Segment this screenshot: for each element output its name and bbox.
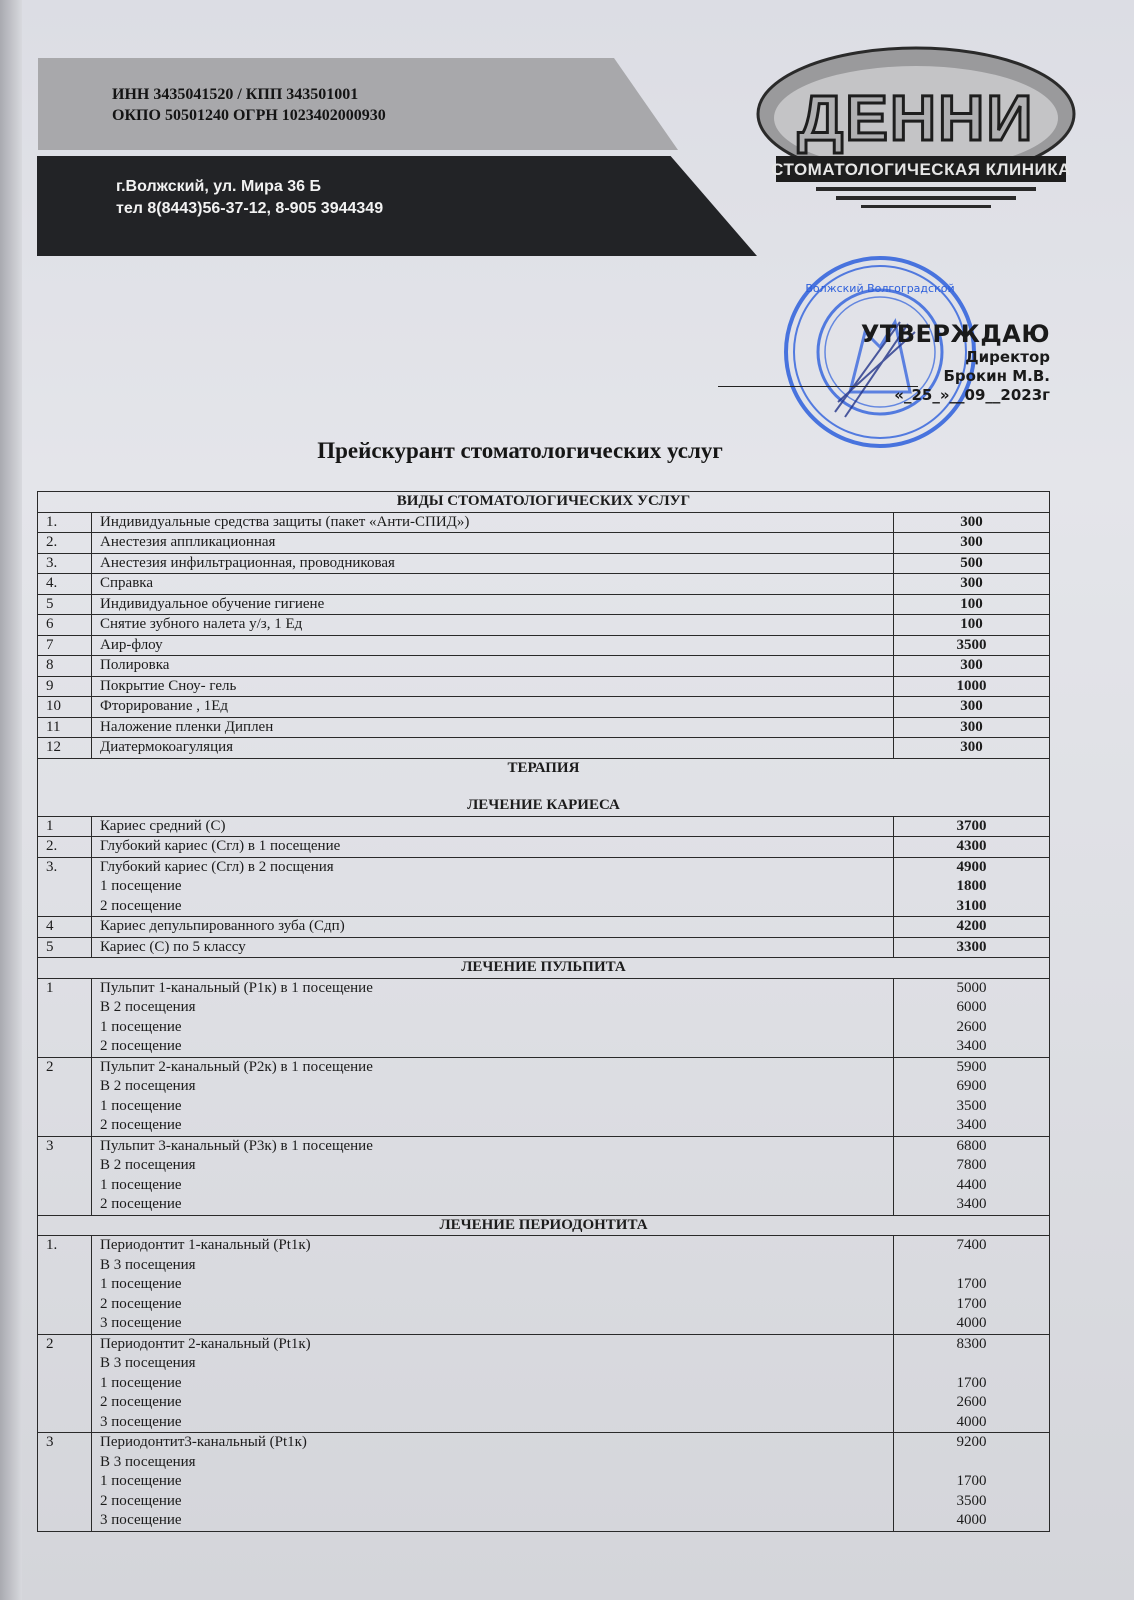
service-description: Снятие зубного налета у/з, 1 Ед bbox=[92, 615, 894, 636]
service-subitem: 1 посещение bbox=[100, 1018, 893, 1038]
price-cell: 7400170017004000 bbox=[894, 1236, 1050, 1335]
table-row: 11Наложение пленки Диплен300 bbox=[38, 717, 1050, 738]
table-row: 12Диатермокоагуляция300 bbox=[38, 738, 1050, 759]
price-table-body: ВИДЫ СТОМАТОЛОГИЧЕСКИХ УСЛУГ1.Индивидуал… bbox=[38, 492, 1050, 1532]
approval-date: «_25_»__09__2023г bbox=[861, 386, 1050, 405]
price-cell: 300 bbox=[894, 697, 1050, 718]
service-subitem: В 2 посещения bbox=[100, 1077, 893, 1097]
price-value: 8300 bbox=[894, 1335, 1049, 1355]
price-value bbox=[894, 1453, 1049, 1473]
price-value: 3500 bbox=[894, 1097, 1049, 1117]
table-row: 5Индивидуальное обучение гигиене100 bbox=[38, 594, 1050, 615]
service-subitem: В 2 посещения bbox=[100, 1156, 893, 1176]
price-value: 2600 bbox=[894, 1393, 1049, 1413]
table-row: 9Покрытие Сноу- гель1000 bbox=[38, 676, 1050, 697]
price-cell: 3300 bbox=[894, 937, 1050, 958]
price-value: 7800 bbox=[894, 1156, 1049, 1176]
service-name: Глубокий кариес (Сгл) в 1 посещение bbox=[100, 837, 893, 857]
service-subitem: 1 посещение bbox=[100, 1097, 893, 1117]
price-list-table: ВИДЫ СТОМАТОЛОГИЧЕСКИХ УСЛУГ1.Индивидуал… bbox=[37, 491, 1050, 1532]
price-cell: 3700 bbox=[894, 816, 1050, 837]
service-name: Периодонтит 1-канальный (Pt1к) bbox=[100, 1236, 893, 1256]
price-value bbox=[894, 1354, 1049, 1374]
service-description: Пульпит 2-канальный (Р2к) в 1 посещениеВ… bbox=[92, 1057, 894, 1136]
service-description: Фторирование , 1Ед bbox=[92, 697, 894, 718]
table-row: 3.Глубокий кариес (Сгл) в 2 посщения1 по… bbox=[38, 857, 1050, 917]
price-value: 3400 bbox=[894, 1037, 1049, 1057]
service-name: Кариес депульпированного зуба (Сдп) bbox=[100, 917, 893, 937]
service-name: Диатермокоагуляция bbox=[100, 738, 893, 758]
service-subitem: 2 посещение bbox=[100, 1116, 893, 1136]
section-header: ЛЕЧЕНИЕ ПЕРИОДОНТИТА bbox=[38, 1215, 1050, 1236]
price-cell: 6800780044003400 bbox=[894, 1136, 1050, 1215]
approval-person: Брокин М.В. bbox=[861, 367, 1050, 386]
price-value: 1700 bbox=[894, 1374, 1049, 1394]
requisites-line-2: ОКПО 50501240 ОГРН 1023402000930 bbox=[112, 105, 386, 126]
price-value: 3100 bbox=[894, 897, 1049, 917]
price-value: 500 bbox=[894, 554, 1049, 574]
service-description: Кариес средний (С) bbox=[92, 816, 894, 837]
section-header-row: ЛЕЧЕНИЕ ПУЛЬПИТА bbox=[38, 958, 1050, 979]
service-subitem: В 2 посещения bbox=[100, 998, 893, 1018]
table-row: 1Кариес средний (С)3700 bbox=[38, 816, 1050, 837]
table-row: 8Полировка300 bbox=[38, 656, 1050, 677]
price-value: 1700 bbox=[894, 1275, 1049, 1295]
service-description: Пульпит 3-канальный (Р3к) в 1 посещениеВ… bbox=[92, 1136, 894, 1215]
price-cell: 300 bbox=[894, 574, 1050, 595]
service-description: Кариес (С) по 5 классу bbox=[92, 937, 894, 958]
price-value: 300 bbox=[894, 697, 1049, 717]
row-number: 3 bbox=[38, 1136, 92, 1215]
service-description: Периодонтит 2-канальный (Pt1к)В 3 посеще… bbox=[92, 1334, 894, 1433]
page-edge-shadow bbox=[0, 0, 22, 1600]
price-value: 3500 bbox=[894, 1492, 1049, 1512]
service-subitem: 2 посещение bbox=[100, 1295, 893, 1315]
price-value: 5000 bbox=[894, 979, 1049, 999]
approval-title: УТВЕРЖДАЮ bbox=[861, 320, 1050, 348]
service-subitem: 1 посещение bbox=[100, 1472, 893, 1492]
table-row: 3Периодонтит3-канальный (Pt1к)В 3 посеще… bbox=[38, 1433, 1050, 1532]
table-row: 2.Анестезия аппликационная300 bbox=[38, 533, 1050, 554]
section-header-row: ЛЕЧЕНИЕ ПЕРИОДОНТИТА bbox=[38, 1215, 1050, 1236]
section-header-row: ВИДЫ СТОМАТОЛОГИЧЕСКИХ УСЛУГ bbox=[38, 492, 1050, 513]
price-cell: 100 bbox=[894, 594, 1050, 615]
price-value: 3500 bbox=[894, 636, 1049, 656]
approval-block: УТВЕРЖДАЮ Директор Брокин М.В. «_25_»__0… bbox=[861, 320, 1050, 405]
service-name: Анестезия аппликационная bbox=[100, 533, 893, 553]
price-cell: 500 bbox=[894, 553, 1050, 574]
price-value: 4000 bbox=[894, 1314, 1049, 1334]
service-description: Анестезия аппликационная bbox=[92, 533, 894, 554]
price-cell: 5000600026003400 bbox=[894, 978, 1050, 1057]
requisites-line-1: ИНН 3435041520 / КПП 343501001 bbox=[112, 84, 386, 105]
service-description: Глубокий кариес (Сгл) в 2 посщения1 посе… bbox=[92, 857, 894, 917]
service-subitem: 1 посещение bbox=[100, 1374, 893, 1394]
price-value: 2600 bbox=[894, 1018, 1049, 1038]
service-subitem: 3 посещение bbox=[100, 1413, 893, 1433]
approval-position: Директор bbox=[861, 348, 1050, 367]
row-number: 1 bbox=[38, 978, 92, 1057]
service-name: Анестезия инфильтрационная, проводникова… bbox=[100, 554, 893, 574]
price-value: 300 bbox=[894, 718, 1049, 738]
price-value: 4200 bbox=[894, 917, 1049, 937]
price-value bbox=[894, 1256, 1049, 1276]
row-number: 9 bbox=[38, 676, 92, 697]
service-name: Пульпит 2-канальный (Р2к) в 1 посещение bbox=[100, 1058, 893, 1078]
price-cell: 9200170035004000 bbox=[894, 1433, 1050, 1532]
price-value: 5900 bbox=[894, 1058, 1049, 1078]
price-value: 3300 bbox=[894, 938, 1049, 958]
price-value: 300 bbox=[894, 574, 1049, 594]
price-value: 300 bbox=[894, 513, 1049, 533]
price-value: 300 bbox=[894, 533, 1049, 553]
section-title: ЛЕЧЕНИЕ ПУЛЬПИТА bbox=[38, 958, 1049, 978]
price-value: 100 bbox=[894, 595, 1049, 615]
price-value: 1700 bbox=[894, 1472, 1049, 1492]
company-requisites: ИНН 3435041520 / КПП 343501001 ОКПО 5050… bbox=[112, 84, 386, 126]
row-number: 7 bbox=[38, 635, 92, 656]
price-value: 7400 bbox=[894, 1236, 1049, 1256]
price-value: 3400 bbox=[894, 1116, 1049, 1136]
service-description: Аир-флоу bbox=[92, 635, 894, 656]
price-value: 3400 bbox=[894, 1195, 1049, 1215]
row-number: 5 bbox=[38, 594, 92, 615]
spacer bbox=[38, 778, 1049, 796]
service-name: Аир-флоу bbox=[100, 636, 893, 656]
service-name: Справка bbox=[100, 574, 893, 594]
table-row: 4Кариес депульпированного зуба (Сдп)4200 bbox=[38, 917, 1050, 938]
row-number: 4. bbox=[38, 574, 92, 595]
table-row: 1.Индивидуальные средства защиты (пакет … bbox=[38, 512, 1050, 533]
price-value: 3700 bbox=[894, 817, 1049, 837]
section-title: ЛЕЧЕНИЕ ПЕРИОДОНТИТА bbox=[38, 1216, 1049, 1236]
service-description: Глубокий кариес (Сгл) в 1 посещение bbox=[92, 837, 894, 858]
row-number: 10 bbox=[38, 697, 92, 718]
row-number: 4 bbox=[38, 917, 92, 938]
row-number: 6 bbox=[38, 615, 92, 636]
price-value: 4000 bbox=[894, 1413, 1049, 1433]
table-row: 2Пульпит 2-канальный (Р2к) в 1 посещение… bbox=[38, 1057, 1050, 1136]
price-value: 100 bbox=[894, 615, 1049, 635]
table-row: 7Аир-флоу3500 bbox=[38, 635, 1050, 656]
price-cell: 300 bbox=[894, 717, 1050, 738]
service-subitem: 1 посещение bbox=[100, 877, 893, 897]
price-value: 6000 bbox=[894, 998, 1049, 1018]
service-name: Периодонтит 2-канальный (Pt1к) bbox=[100, 1335, 893, 1355]
service-subitem: 2 посещение bbox=[100, 1037, 893, 1057]
service-description: Диатермокоагуляция bbox=[92, 738, 894, 759]
service-name: Фторирование , 1Ед bbox=[100, 697, 893, 717]
section-header-row: ТЕРАПИЯЛЕЧЕНИЕ КАРИЕСА bbox=[38, 758, 1050, 816]
service-subitem: 2 посещение bbox=[100, 897, 893, 917]
row-number: 2 bbox=[38, 1334, 92, 1433]
service-name: Снятие зубного налета у/з, 1 Ед bbox=[100, 615, 893, 635]
service-name: Глубокий кариес (Сгл) в 2 посщения bbox=[100, 858, 893, 878]
service-subitem: 3 посещение bbox=[100, 1314, 893, 1334]
price-value: 300 bbox=[894, 738, 1049, 758]
service-subitem: 1 посещение bbox=[100, 1176, 893, 1196]
section-subtitle: ЛЕЧЕНИЕ КАРИЕСА bbox=[38, 796, 1049, 816]
price-value: 1000 bbox=[894, 677, 1049, 697]
service-description: Периодонтит3-канальный (Pt1к)В 3 посещен… bbox=[92, 1433, 894, 1532]
service-description: Анестезия инфильтрационная, проводникова… bbox=[92, 553, 894, 574]
section-header: ЛЕЧЕНИЕ ПУЛЬПИТА bbox=[38, 958, 1050, 979]
row-number: 8 bbox=[38, 656, 92, 677]
service-name: Пульпит 3-канальный (Р3к) в 1 посещение bbox=[100, 1137, 893, 1157]
service-subitem: 3 посещение bbox=[100, 1511, 893, 1531]
service-name: Полировка bbox=[100, 656, 893, 676]
service-subitem: 1 посещение bbox=[100, 1275, 893, 1295]
service-description: Пульпит 1-канальный (Р1к) в 1 посещениеВ… bbox=[92, 978, 894, 1057]
table-row: 10Фторирование , 1Ед300 bbox=[38, 697, 1050, 718]
price-cell: 100 bbox=[894, 615, 1050, 636]
service-subitem: 2 посещение bbox=[100, 1492, 893, 1512]
row-number: 1. bbox=[38, 1236, 92, 1335]
price-value: 4400 bbox=[894, 1176, 1049, 1196]
logo-subtitle: СТОМАТОЛОГИЧЕСКАЯ КЛИНИКА bbox=[771, 160, 1071, 179]
service-subitem: В 3 посещения bbox=[100, 1256, 893, 1276]
price-cell: 300 bbox=[894, 656, 1050, 677]
service-name: Наложение пленки Диплен bbox=[100, 718, 893, 738]
price-value: 6800 bbox=[894, 1137, 1049, 1157]
price-cell: 300 bbox=[894, 533, 1050, 554]
price-value: 1800 bbox=[894, 877, 1049, 897]
table-row: 2.Глубокий кариес (Сгл) в 1 посещение430… bbox=[38, 837, 1050, 858]
price-cell: 8300170026004000 bbox=[894, 1334, 1050, 1433]
service-subitem: 2 посещение bbox=[100, 1393, 893, 1413]
service-description: Полировка bbox=[92, 656, 894, 677]
service-name: Периодонтит3-канальный (Pt1к) bbox=[100, 1433, 893, 1453]
table-row: 5Кариес (С) по 5 классу3300 bbox=[38, 937, 1050, 958]
logo-wordmark: ДЕННИ bbox=[798, 82, 1035, 154]
table-row: 2Периодонтит 2-канальный (Pt1к)В 3 посещ… bbox=[38, 1334, 1050, 1433]
row-number: 3 bbox=[38, 1433, 92, 1532]
price-value: 9200 bbox=[894, 1433, 1049, 1453]
company-address: г.Волжский, ул. Мира 36 Б тел 8(8443)56-… bbox=[116, 176, 383, 220]
table-row: 4.Справка300 bbox=[38, 574, 1050, 595]
service-subitem: В 3 посещения bbox=[100, 1354, 893, 1374]
section-title: ВИДЫ СТОМАТОЛОГИЧЕСКИХ УСЛУГ bbox=[38, 492, 1049, 512]
price-cell: 300 bbox=[894, 738, 1050, 759]
price-cell: 4200 bbox=[894, 917, 1050, 938]
price-value: 300 bbox=[894, 656, 1049, 676]
service-subitem: 2 посещение bbox=[100, 1195, 893, 1215]
service-name: Индивидуальные средства защиты (пакет «А… bbox=[100, 513, 893, 533]
price-cell: 5900690035003400 bbox=[894, 1057, 1050, 1136]
service-description: Индивидуальные средства защиты (пакет «А… bbox=[92, 512, 894, 533]
service-description: Наложение пленки Диплен bbox=[92, 717, 894, 738]
service-description: Индивидуальное обучение гигиене bbox=[92, 594, 894, 615]
phone-line: тел 8(8443)56-37-12, 8-905 3944349 bbox=[116, 198, 383, 220]
service-name: Кариес (С) по 5 классу bbox=[100, 938, 893, 958]
row-number: 5 bbox=[38, 937, 92, 958]
row-number: 11 bbox=[38, 717, 92, 738]
table-row: 1Пульпит 1-канальный (Р1к) в 1 посещение… bbox=[38, 978, 1050, 1057]
row-number: 2. bbox=[38, 837, 92, 858]
row-number: 3. bbox=[38, 857, 92, 917]
service-description: Справка bbox=[92, 574, 894, 595]
section-title: ТЕРАПИЯ bbox=[38, 759, 1049, 779]
page-title: Прейскурант стоматологических услуг bbox=[0, 438, 1040, 464]
clinic-logo: ДЕННИ СТОМАТОЛОГИЧЕСКАЯ КЛИНИКА bbox=[756, 44, 1086, 214]
price-cell: 1000 bbox=[894, 676, 1050, 697]
service-subitem: В 3 посещения bbox=[100, 1453, 893, 1473]
service-name: Покрытие Сноу- гель bbox=[100, 677, 893, 697]
price-cell: 4300 bbox=[894, 837, 1050, 858]
service-name: Индивидуальное обучение гигиене bbox=[100, 595, 893, 615]
price-value: 1700 bbox=[894, 1295, 1049, 1315]
section-header: ВИДЫ СТОМАТОЛОГИЧЕСКИХ УСЛУГ bbox=[38, 492, 1050, 513]
service-name: Кариес средний (С) bbox=[100, 817, 893, 837]
price-value: 4900 bbox=[894, 858, 1049, 878]
price-cell: 3500 bbox=[894, 635, 1050, 656]
price-cell: 300 bbox=[894, 512, 1050, 533]
row-number: 12 bbox=[38, 738, 92, 759]
price-value: 6900 bbox=[894, 1077, 1049, 1097]
row-number: 1. bbox=[38, 512, 92, 533]
service-description: Кариес депульпированного зуба (Сдп) bbox=[92, 917, 894, 938]
service-description: Периодонтит 1-канальный (Pt1к)В 3 посеще… bbox=[92, 1236, 894, 1335]
table-row: 1.Периодонтит 1-канальный (Pt1к)В 3 посе… bbox=[38, 1236, 1050, 1335]
table-row: 6Снятие зубного налета у/з, 1 Ед100 bbox=[38, 615, 1050, 636]
table-row: 3Пульпит 3-канальный (Р3к) в 1 посещение… bbox=[38, 1136, 1050, 1215]
service-description: Покрытие Сноу- гель bbox=[92, 676, 894, 697]
row-number: 2. bbox=[38, 533, 92, 554]
price-value: 4300 bbox=[894, 837, 1049, 857]
stamp-text: Волжский Волгоградской bbox=[805, 282, 954, 295]
service-name: Пульпит 1-канальный (Р1к) в 1 посещение bbox=[100, 979, 893, 999]
row-number: 3. bbox=[38, 553, 92, 574]
table-row: 3.Анестезия инфильтрационная, проводнико… bbox=[38, 553, 1050, 574]
address-line: г.Волжский, ул. Мира 36 Б bbox=[116, 176, 383, 198]
price-value: 4000 bbox=[894, 1511, 1049, 1531]
row-number: 2 bbox=[38, 1057, 92, 1136]
price-cell: 490018003100 bbox=[894, 857, 1050, 917]
row-number: 1 bbox=[38, 816, 92, 837]
section-header: ТЕРАПИЯЛЕЧЕНИЕ КАРИЕСА bbox=[38, 758, 1050, 816]
